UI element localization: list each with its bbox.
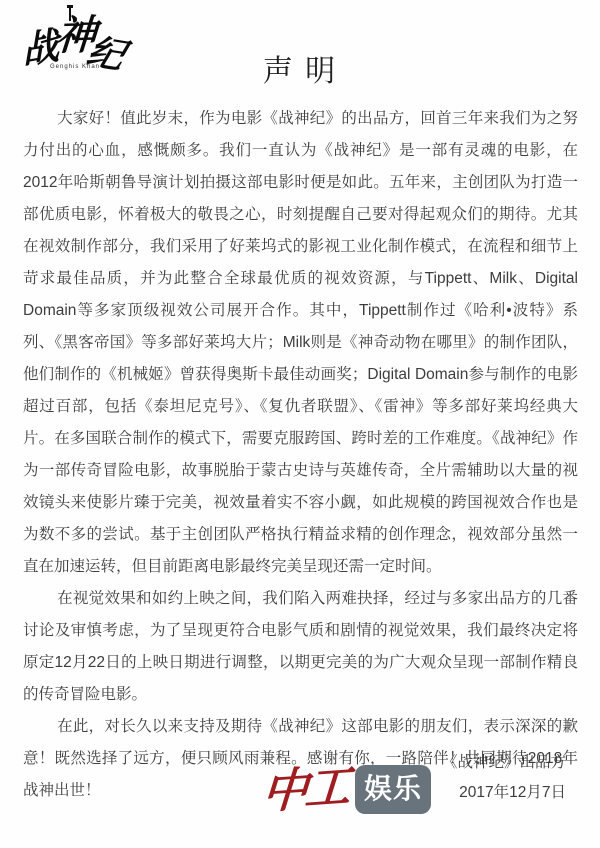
signature-line: 《战神纪》出品方 bbox=[442, 748, 566, 778]
page-title: 声 明 bbox=[0, 46, 600, 90]
publisher-logo-badge: 娱乐 bbox=[355, 765, 431, 814]
date-line: 2017年12月7日 bbox=[442, 778, 566, 808]
statement-body: 大家好！值此岁末，作为电影《战神纪》的出品方，回首三年来我们为之努力付出的心血，… bbox=[23, 103, 578, 807]
statement-paragraph-1: 大家好！值此岁末，作为电影《战神纪》的出品方，回首三年来我们为之努力付出的心血，… bbox=[23, 103, 578, 583]
publisher-logo-red-text: 中工 bbox=[260, 763, 349, 815]
publisher-logo: 中工 娱乐 bbox=[262, 760, 431, 818]
signature-block: 《战神纪》出品方 2017年12月7日 bbox=[442, 748, 566, 808]
statement-page: 战 神 纪 Genghis Khan 声 明 大家好！值此岁末，作为电影《战神纪… bbox=[0, 0, 600, 848]
statement-paragraph-2: 在视觉效果和如约上映之间，我们陷入两难抉择，经过与多家出品方的几番讨论及审慎考虑… bbox=[23, 583, 578, 711]
